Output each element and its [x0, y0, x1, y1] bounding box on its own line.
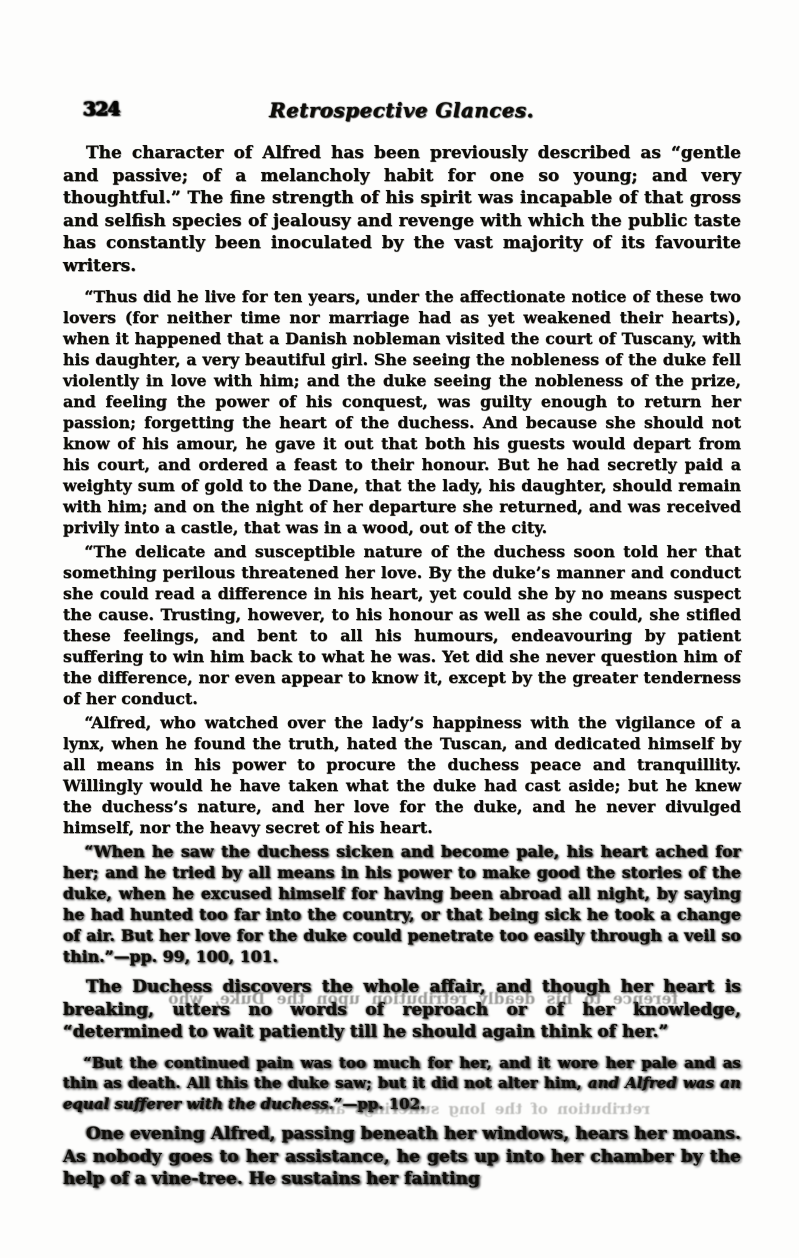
article-body: The character of Alfred has been previou… — [63, 142, 741, 1194]
paragraph-extract-3: “Alfred, who watched over the lady’s hap… — [63, 712, 741, 838]
paragraph-extract-5: “But the continued pain was too much for… — [63, 1053, 741, 1115]
paragraph-extract-1: “Thus did he live for ten years, under t… — [63, 286, 741, 538]
extract-5-page-ref: —pp. 102. — [342, 1095, 425, 1113]
paragraph-extract-4: “When he saw the duchess sicken and beco… — [63, 841, 741, 967]
paragraph-editorial-closing: One evening Alfred, passing beneath her … — [63, 1123, 741, 1191]
scanned-book-page: 324 Retrospective Glances. The character… — [0, 0, 799, 1258]
running-title: Retrospective Glances. — [63, 98, 740, 122]
running-head: 324 Retrospective Glances. — [63, 98, 740, 128]
paragraph-editorial-intro: The character of Alfred has been previou… — [63, 142, 741, 277]
paragraph-editorial-summary: The Duchess discovers the whole affair, … — [63, 976, 741, 1044]
paragraph-extract-2: “The delicate and susceptible nature of … — [63, 541, 741, 709]
